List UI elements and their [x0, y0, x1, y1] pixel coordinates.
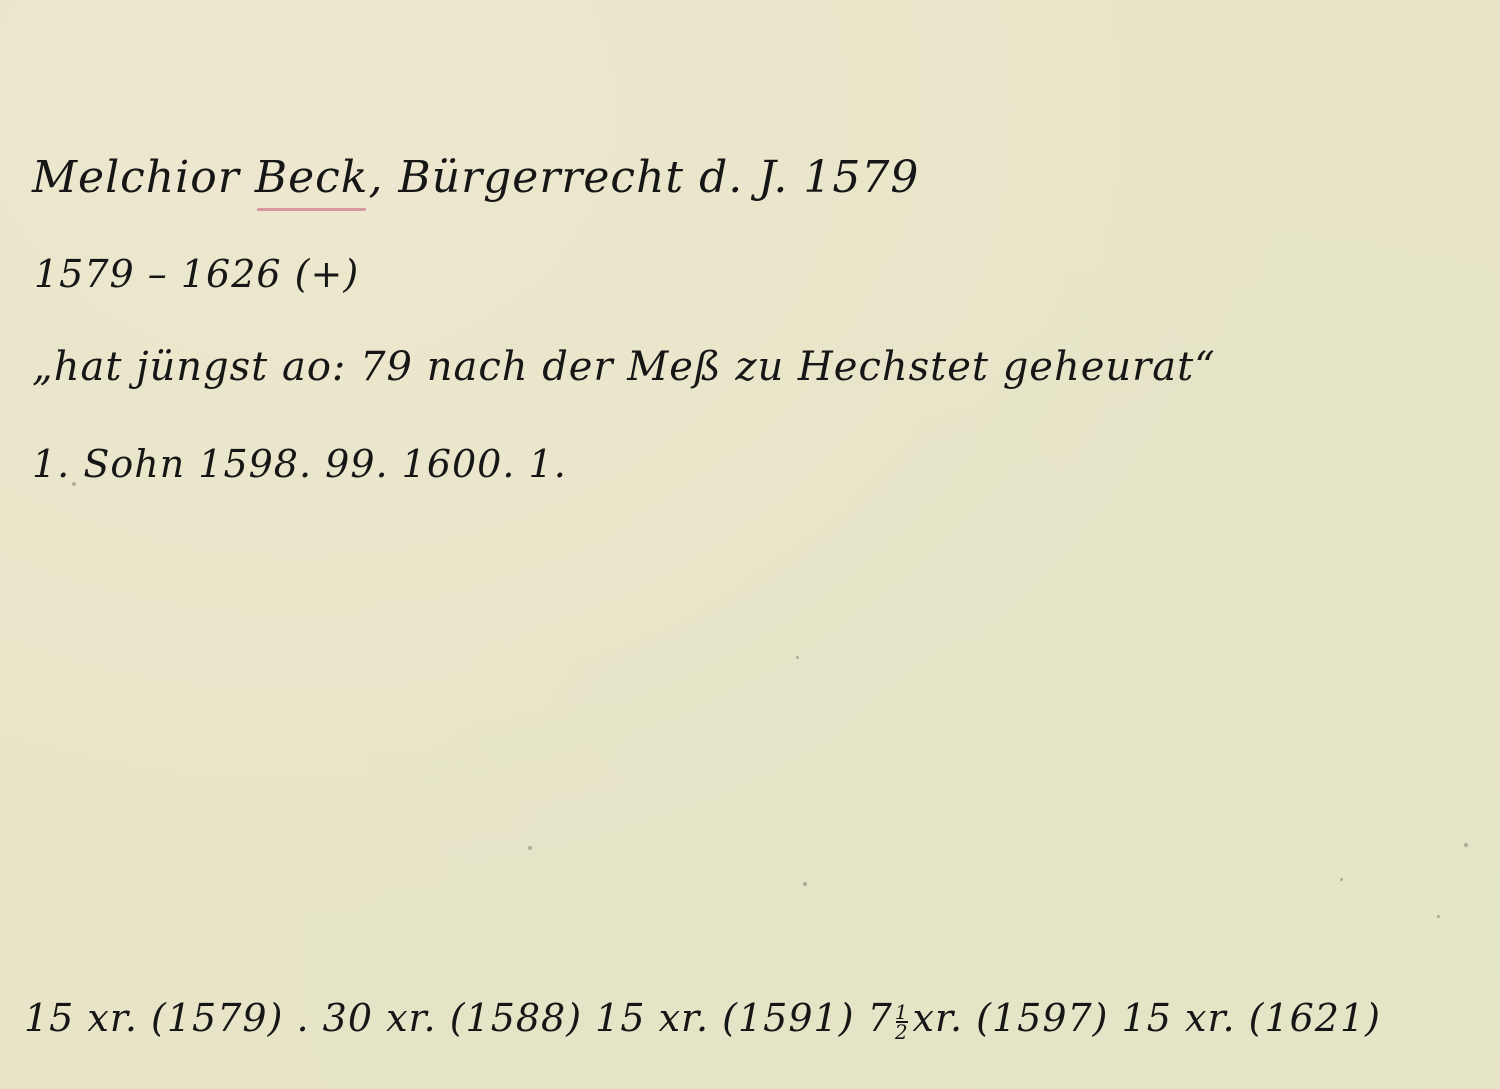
tax-amounts-line: 15 xr. (1579) . 30 xr. (1588) 15 xr. (15… [24, 996, 1381, 1041]
paper-speck [1340, 878, 1343, 881]
son-years-line: 1. Sohn 1598. 99. 1600. 1. [32, 442, 567, 486]
surname: Beck [255, 152, 369, 203]
life-dates-line: 1579 – 1626 (+) [34, 252, 359, 296]
paper-speck [1464, 843, 1468, 847]
heading-line: Melchior Beck , Bürgerrecht d. J. 1579 [32, 152, 919, 203]
paper-speck [803, 882, 807, 886]
given-name: Melchior [32, 152, 240, 203]
tax-entry: 15 xr. (1591) [595, 996, 867, 1040]
tax-entry: 15 xr. (1621) [1122, 996, 1381, 1040]
tax-entry: 15 xr. (1579) [24, 996, 296, 1040]
quote-line: „hat jüngst ao: 79 nach der Meß zu Hechs… [32, 344, 1216, 390]
index-card: Melchior Beck , Bürgerrecht d. J. 1579 1… [0, 0, 1500, 1089]
tax-entry: 712xr. (1597) [868, 996, 1122, 1040]
paper-speck [72, 482, 76, 486]
tax-entry: 30 xr. (1588) [323, 996, 595, 1040]
paper-speck [528, 846, 532, 850]
red-underline [257, 208, 367, 211]
paper-speck [796, 656, 799, 659]
paper-speck [1437, 915, 1440, 918]
fraction: 12 [895, 1003, 909, 1041]
citizenship-note: , Bürgerrecht d. J. 1579 [368, 152, 919, 203]
